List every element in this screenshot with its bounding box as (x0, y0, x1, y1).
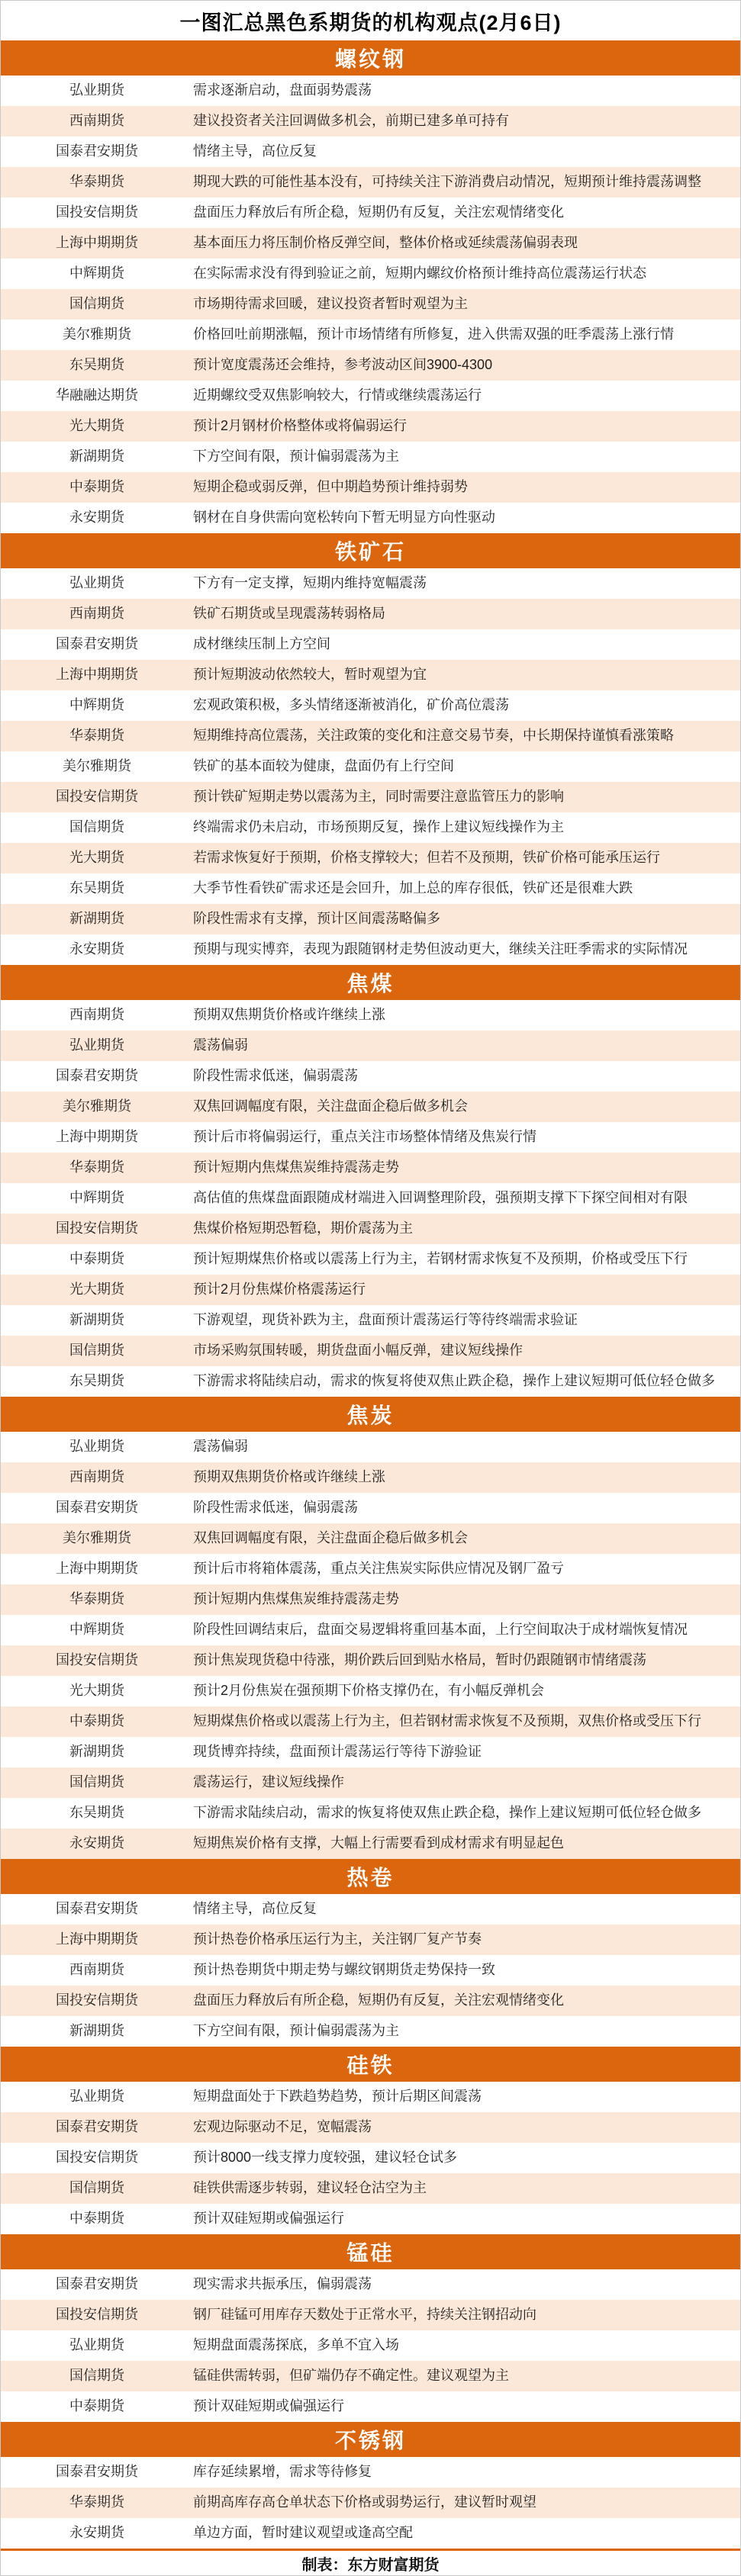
institution-name: 西南期货 (1, 606, 193, 622)
institution-name: 东吴期货 (1, 1373, 193, 1390)
table-row: 华泰期货 预计短期内焦煤焦炭维持震荡走势 (1, 1153, 740, 1183)
commodity-section: 焦炭 弘业期货 震荡偏弱 西南期货 预期双焦期货价格或许继续上涨 国泰君安期货 … (1, 1397, 740, 1859)
institution-name: 美尔雅期货 (1, 1530, 193, 1547)
section-rows: 弘业期货 震荡偏弱 西南期货 预期双焦期货价格或许继续上涨 国泰君安期货 阶段性… (1, 1432, 740, 1859)
table-row: 国泰君安期货 库存延续累增，需求等待修复 (1, 2457, 740, 2488)
institution-view: 宏观边际驱动不足，宽幅震荡 (193, 2119, 740, 2136)
institution-name: 国泰君安期货 (1, 2464, 193, 2481)
table-row: 上海中期期货 预计热卷价格承压运行为主，关注钢厂复产节奏 (1, 1925, 740, 1955)
table-row: 新湖期货 下游观望，现货补跌为主，盘面预计震荡运行等待终端需求验证 (1, 1305, 740, 1336)
institution-view: 铁矿的基本面较为健康，盘面仍有上行空间 (193, 758, 740, 775)
table-row: 国信期货 震荡运行，建议短线操作 (1, 1767, 740, 1798)
institution-name: 国泰君安期货 (1, 2276, 193, 2293)
institution-view: 钢材在自身供需向宽松转向下暂无明显方向性驱动 (193, 510, 740, 526)
table-row: 国泰君安期货 阶段性需求低迷，偏弱震荡 (1, 1493, 740, 1523)
institution-view: 短期盘面震荡探底，多单不宜入场 (193, 2337, 740, 2354)
institution-name: 中泰期货 (1, 1713, 193, 1730)
institution-view: 预计铁矿短期走势以震荡为主，同时需要注意监管压力的影响 (193, 789, 740, 806)
page-title: 一图汇总黑色系期货的机构观点(2月6日) (1, 1, 740, 40)
institution-view: 终端需求仍未启动，市场预期反复，操作上建议短线操作为主 (193, 819, 740, 836)
institution-view: 钢厂硅锰可用库存天数处于正常水平，持续关注钢招动向 (193, 2307, 740, 2324)
institution-view: 预计热卷期货中期走势与螺纹钢期货走势保持一致 (193, 1962, 740, 1979)
institution-name: 永安期货 (1, 2525, 193, 2542)
institution-view: 前期高库存高仓单状态下价格或弱势运行，建议暂时观望 (193, 2494, 740, 2511)
table-row: 国投安信期货 预计焦炭现货稳中待涨，期价跌后回到贴水格局，暂时仍跟随钢市情绪震荡 (1, 1645, 740, 1676)
institution-name: 华融融达期货 (1, 388, 193, 404)
institution-view: 预计2月份焦煤价格震荡运行 (193, 1282, 740, 1298)
institution-name: 中泰期货 (1, 479, 193, 496)
institution-name: 上海中期期货 (1, 1129, 193, 1146)
table-row: 中辉期货 在实际需求没有得到验证之前，短期内螺纹价格预计维持高位震荡运行状态 (1, 259, 740, 289)
table-row: 国泰君安期货 阶段性需求低迷，偏弱震荡 (1, 1061, 740, 1092)
table-row: 华泰期货 预计短期内焦煤焦炭维持震荡走势 (1, 1584, 740, 1615)
table-row: 东吴期货 预计宽度震荡还会维持，参考波动区间3900-4300 (1, 350, 740, 381)
table-row: 西南期货 预期双焦期货价格或许继续上涨 (1, 1000, 740, 1031)
institution-view: 需求逐渐启动，盘面弱势震荡 (193, 82, 740, 99)
table-row: 国信期货 锰硅供需转弱，但矿端仍存不确定性。建议观望为主 (1, 2361, 740, 2391)
institution-name: 美尔雅期货 (1, 326, 193, 343)
institution-view: 成材继续压制上方空间 (193, 636, 740, 653)
institution-view: 单边方面，暂时建议观望或逢高空配 (193, 2525, 740, 2542)
section-header: 热卷 (1, 1859, 740, 1894)
institution-name: 上海中期期货 (1, 667, 193, 683)
sections-container: 螺纹钢 弘业期货 需求逐渐启动，盘面弱势震荡 西南期货 建议投资者关注回调做多机… (1, 40, 740, 2549)
institution-name: 弘业期货 (1, 82, 193, 99)
table-row: 上海中期期货 基本面压力将压制价格反弹空间，整体价格或延续震荡偏弱表现 (1, 228, 740, 259)
table-row: 国投安信期货 盘面压力释放后有所企稳，短期仍有反复，关注宏观情绪变化 (1, 1986, 740, 2016)
institution-view: 下游需求将陆续启动，需求的恢复将使双焦止跌企稳，操作上建议短期可低位轻仓做多 (193, 1373, 740, 1390)
institution-name: 光大期货 (1, 418, 193, 435)
commodity-section: 螺纹钢 弘业期货 需求逐渐启动，盘面弱势震荡 西南期货 建议投资者关注回调做多机… (1, 40, 740, 533)
institution-view: 预计热卷价格承压运行为主，关注钢厂复产节奏 (193, 1931, 740, 1948)
institution-view: 现货博弈持续，盘面预计震荡运行等待下游验证 (193, 1744, 740, 1761)
section-header: 硅铁 (1, 2047, 740, 2082)
institution-name: 光大期货 (1, 1282, 193, 1298)
institution-view: 下方有一定支撑，短期内维持宽幅震荡 (193, 575, 740, 592)
institution-view: 震荡运行，建议短线操作 (193, 1774, 740, 1791)
institution-name: 国投安信期货 (1, 1652, 193, 1669)
institution-name: 中辉期货 (1, 697, 193, 714)
institution-view: 震荡偏弱 (193, 1037, 740, 1054)
institution-view: 宏观政策积极，多头情绪逐渐被消化，矿价高位震荡 (193, 697, 740, 714)
table-row: 中辉期货 宏观政策积极，多头情绪逐渐被消化，矿价高位震荡 (1, 690, 740, 721)
institution-view: 情绪主导，高位反复 (193, 143, 740, 160)
table-row: 国投安信期货 钢厂硅锰可用库存天数处于正常水平，持续关注钢招动向 (1, 2300, 740, 2330)
institution-view: 预计短期内焦煤焦炭维持震荡走势 (193, 1159, 740, 1176)
institution-view: 预计短期内焦煤焦炭维持震荡走势 (193, 1591, 740, 1608)
institution-view: 大季节性看铁矿需求还是会回升，加上总的库存很低，铁矿还是很难大跌 (193, 880, 740, 897)
table-row: 西南期货 建议投资者关注回调做多机会，前期已建多单可持有 (1, 106, 740, 137)
institution-view: 预期双焦期货价格或许继续上涨 (193, 1007, 740, 1024)
institution-view: 双焦回调幅度有限，关注盘面企稳后做多机会 (193, 1098, 740, 1115)
table-row: 光大期货 预计2月钢材价格整体或将偏弱运行 (1, 411, 740, 442)
table-row: 弘业期货 需求逐渐启动，盘面弱势震荡 (1, 76, 740, 106)
institution-view: 震荡偏弱 (193, 1439, 740, 1455)
section-header: 螺纹钢 (1, 40, 740, 76)
institution-view: 盘面压力释放后有所企稳，短期仍有反复，关注宏观情绪变化 (193, 204, 740, 221)
institution-name: 中辉期货 (1, 1190, 193, 1207)
table-row: 华泰期货 期现大跌的可能性基本没有，可持续关注下游消费启动情况，短期预计维持震荡… (1, 167, 740, 198)
commodity-section: 锰硅 国泰君安期货 现实需求共振承压，偏弱震荡 国投安信期货 钢厂硅锰可用库存天… (1, 2234, 740, 2422)
institution-view: 近期螺纹受双焦影响较大，行情或继续震荡运行 (193, 388, 740, 404)
section-rows: 国泰君安期货 库存延续累增，需求等待修复 华泰期货 前期高库存高仓单状态下价格或… (1, 2457, 740, 2549)
commodity-section: 硅铁 弘业期货 短期盘面处于下跌趋势趋势，预计后期区间震荡 国泰君安期货 宏观边… (1, 2047, 740, 2234)
table-row: 华泰期货 短期维持高位震荡，关注政策的变化和注意交易节奏，中长期保持谨慎看涨策略 (1, 721, 740, 751)
institution-view: 预期与现实博弈，表现为跟随钢材走势但波动更大，继续关注旺季需求的实际情况 (193, 941, 740, 958)
institution-view: 市场期待需求回暖，建议投资者暂时观望为主 (193, 296, 740, 313)
institution-view: 铁矿石期货或呈现震荡转弱格局 (193, 606, 740, 622)
section-rows: 国泰君安期货 现实需求共振承压，偏弱震荡 国投安信期货 钢厂硅锰可用库存天数处于… (1, 2269, 740, 2422)
commodity-section: 不锈钢 国泰君安期货 库存延续累增，需求等待修复 华泰期货 前期高库存高仓单状态… (1, 2422, 740, 2549)
institution-view: 预计后市将箱体震荡，重点关注焦炭实际供应情况及钢厂盈亏 (193, 1561, 740, 1577)
institution-view: 下游观望，现货补跌为主，盘面预计震荡运行等待终端需求验证 (193, 1312, 740, 1329)
institution-view: 建议投资者关注回调做多机会，前期已建多单可持有 (193, 113, 740, 130)
table-row: 国信期货 市场采购氛围转暖，期货盘面小幅反弹，建议短线操作 (1, 1336, 740, 1366)
institution-name: 国泰君安期货 (1, 2119, 193, 2136)
institution-view: 在实际需求没有得到验证之前，短期内螺纹价格预计维持高位震荡运行状态 (193, 265, 740, 282)
section-rows: 弘业期货 下方有一定支撑，短期内维持宽幅震荡 西南期货 铁矿石期货或呈现震荡转弱… (1, 568, 740, 965)
table-row: 弘业期货 震荡偏弱 (1, 1031, 740, 1061)
institution-name: 国信期货 (1, 1774, 193, 1791)
table-row: 中辉期货 阶段性回调结束后，盘面交易逻辑将重回基本面，上行空间取决于成材端恢复情… (1, 1615, 740, 1645)
institution-view: 预期双焦期货价格或许继续上涨 (193, 1469, 740, 1486)
institution-view: 短期企稳或弱反弹，但中期趋势预计维持弱势 (193, 479, 740, 496)
institution-name: 中泰期货 (1, 2211, 193, 2227)
institution-name: 国泰君安期货 (1, 636, 193, 653)
institution-name: 国投安信期货 (1, 1992, 193, 2009)
institution-view: 情绪主导，高位反复 (193, 1901, 740, 1918)
institution-name: 弘业期货 (1, 575, 193, 592)
institution-name: 弘业期货 (1, 2337, 193, 2354)
table-row: 华泰期货 前期高库存高仓单状态下价格或弱势运行，建议暂时观望 (1, 2488, 740, 2518)
institution-view: 双焦回调幅度有限，关注盘面企稳后做多机会 (193, 1530, 740, 1547)
table-row: 国信期货 终端需求仍未启动，市场预期反复，操作上建议短线操作为主 (1, 812, 740, 843)
institution-name: 中辉期货 (1, 1622, 193, 1639)
table-row: 东吴期货 下游需求陆续启动，需求的恢复将使双焦止跌企稳，操作上建议短期可低位轻仓… (1, 1798, 740, 1828)
institution-view: 硅铁供需逐步转弱，建议轻仓沽空为主 (193, 2180, 740, 2197)
institution-name: 西南期货 (1, 1962, 193, 1979)
institution-view: 阶段性需求低迷，偏弱震荡 (193, 1068, 740, 1085)
institution-view: 市场采购氛围转暖，期货盘面小幅反弹，建议短线操作 (193, 1343, 740, 1359)
institution-view: 下方空间有限，预计偏弱震荡为主 (193, 449, 740, 465)
institution-view: 库存延续累增，需求等待修复 (193, 2464, 740, 2481)
institution-view: 预计短期波动依然较大，暂时观望为宜 (193, 667, 740, 683)
table-row: 国投安信期货 预计铁矿短期走势以震荡为主，同时需要注意监管压力的影响 (1, 782, 740, 812)
table-row: 东吴期货 下游需求将陆续启动，需求的恢复将使双焦止跌企稳，操作上建议短期可低位轻… (1, 1366, 740, 1397)
institution-name: 华泰期货 (1, 2494, 193, 2511)
table-row: 西南期货 预期双焦期货价格或许继续上涨 (1, 1462, 740, 1493)
institution-name: 华泰期货 (1, 1159, 193, 1176)
footer: 制表：东方财富期货 (1, 2549, 740, 2575)
table-row: 弘业期货 短期盘面震荡探底，多单不宜入场 (1, 2330, 740, 2361)
table-row: 光大期货 预计2月份焦煤价格震荡运行 (1, 1275, 740, 1305)
institution-name: 国信期货 (1, 296, 193, 313)
institution-view: 期现大跌的可能性基本没有，可持续关注下游消费启动情况，短期预计维持震荡调整 (193, 174, 740, 191)
institution-name: 新湖期货 (1, 2023, 193, 2040)
institution-name: 国投安信期货 (1, 204, 193, 221)
table-row: 新湖期货 下方空间有限，预计偏弱震荡为主 (1, 2016, 740, 2047)
institution-name: 国信期货 (1, 2368, 193, 2385)
table-row: 国投安信期货 焦煤价格短期恐暂稳，期价震荡为主 (1, 1214, 740, 1244)
institution-view: 若需求恢复好于预期，价格支撑较大；但若不及预期，铁矿价格可能承压运行 (193, 850, 740, 867)
institution-name: 弘业期货 (1, 1037, 193, 1054)
table-row: 国信期货 硅铁供需逐步转弱，建议轻仓沽空为主 (1, 2173, 740, 2204)
section-header: 锰硅 (1, 2234, 740, 2269)
institution-name: 上海中期期货 (1, 1561, 193, 1577)
institution-view: 基本面压力将压制价格反弹空间，整体价格或延续震荡偏弱表现 (193, 235, 740, 252)
institution-name: 东吴期货 (1, 1805, 193, 1822)
institution-name: 永安期货 (1, 1835, 193, 1852)
institution-name: 东吴期货 (1, 880, 193, 897)
institution-name: 新湖期货 (1, 449, 193, 465)
institution-name: 华泰期货 (1, 728, 193, 744)
section-rows: 国泰君安期货 情绪主导，高位反复 上海中期期货 预计热卷价格承压运行为主，关注钢… (1, 1894, 740, 2047)
institution-view: 预计8000一线支撑力度较强，建议轻仓试多 (193, 2150, 740, 2166)
table-row: 国泰君安期货 现实需求共振承压，偏弱震荡 (1, 2269, 740, 2300)
institution-view: 短期维持高位震荡，关注政策的变化和注意交易节奏，中长期保持谨慎看涨策略 (193, 728, 740, 744)
report-page: 一图汇总黑色系期货的机构观点(2月6日) 螺纹钢 弘业期货 需求逐渐启动，盘面弱… (0, 0, 741, 2576)
table-row: 新湖期货 下方空间有限，预计偏弱震荡为主 (1, 442, 740, 472)
institution-name: 中泰期货 (1, 2398, 193, 2415)
commodity-section: 热卷 国泰君安期货 情绪主导，高位反复 上海中期期货 预计热卷价格承压运行为主，… (1, 1859, 740, 2047)
section-header: 不锈钢 (1, 2422, 740, 2457)
institution-name: 弘业期货 (1, 2089, 193, 2105)
table-row: 美尔雅期货 价格回吐前期涨幅，预计市场情绪有所修复，进入供需双强的旺季震荡上涨行… (1, 320, 740, 350)
institution-view: 焦煤价格短期恐暂稳，期价震荡为主 (193, 1220, 740, 1237)
institution-name: 国信期货 (1, 819, 193, 836)
institution-view: 阶段性需求有支撑，预计区间震荡略偏多 (193, 911, 740, 928)
institution-view: 盘面压力释放后有所企稳，短期仍有反复，关注宏观情绪变化 (193, 1992, 740, 2009)
institution-name: 弘业期货 (1, 1439, 193, 1455)
institution-name: 国信期货 (1, 1343, 193, 1359)
institution-name: 光大期货 (1, 850, 193, 867)
institution-name: 国泰君安期货 (1, 143, 193, 160)
table-row: 中泰期货 预计短期煤焦价格或以震荡上行为主，若钢材需求恢复不及预期，价格或受压下… (1, 1244, 740, 1275)
table-row: 华融融达期货 近期螺纹受双焦影响较大，行情或继续震荡运行 (1, 381, 740, 411)
institution-view: 阶段性回调结束后，盘面交易逻辑将重回基本面，上行空间取决于成材端恢复情况 (193, 1622, 740, 1639)
table-row: 弘业期货 下方有一定支撑，短期内维持宽幅震荡 (1, 568, 740, 599)
institution-view: 预计后市将偏弱运行，重点关注市场整体情绪及焦炭行情 (193, 1129, 740, 1146)
institution-name: 国泰君安期货 (1, 1068, 193, 1085)
table-row: 新湖期货 阶段性需求有支撑，预计区间震荡略偏多 (1, 904, 740, 934)
table-row: 弘业期货 震荡偏弱 (1, 1432, 740, 1462)
institution-name: 上海中期期货 (1, 235, 193, 252)
institution-name: 国投安信期货 (1, 2150, 193, 2166)
institution-name: 华泰期货 (1, 174, 193, 191)
institution-name: 永安期货 (1, 941, 193, 958)
institution-view: 预计焦炭现货稳中待涨，期价跌后回到贴水格局，暂时仍跟随钢市情绪震荡 (193, 1652, 740, 1669)
section-rows: 弘业期货 需求逐渐启动，盘面弱势震荡 西南期货 建议投资者关注回调做多机会，前期… (1, 76, 740, 533)
section-header: 焦煤 (1, 965, 740, 1000)
table-row: 国泰君安期货 宏观边际驱动不足，宽幅震荡 (1, 2112, 740, 2143)
institution-name: 光大期货 (1, 1683, 193, 1700)
commodity-section: 铁矿石 弘业期货 下方有一定支撑，短期内维持宽幅震荡 西南期货 铁矿石期货或呈现… (1, 533, 740, 965)
institution-view: 短期焦炭价格有支撑，大幅上行需要看到成材需求有明显起色 (193, 1835, 740, 1852)
table-row: 上海中期期货 预计短期波动依然较大，暂时观望为宜 (1, 660, 740, 690)
institution-name: 国投安信期货 (1, 1220, 193, 1237)
institution-view: 下方空间有限，预计偏弱震荡为主 (193, 2023, 740, 2040)
table-row: 国泰君安期货 情绪主导，高位反复 (1, 137, 740, 167)
table-row: 永安期货 预期与现实博弈，表现为跟随钢材走势但波动更大，继续关注旺季需求的实际情… (1, 934, 740, 965)
institution-view: 预计宽度震荡还会维持，参考波动区间3900-4300 (193, 357, 740, 374)
section-header: 铁矿石 (1, 533, 740, 568)
institution-name: 中辉期货 (1, 265, 193, 282)
institution-name: 国泰君安期货 (1, 1901, 193, 1918)
institution-name: 上海中期期货 (1, 1931, 193, 1948)
institution-name: 华泰期货 (1, 1591, 193, 1608)
institution-name: 新湖期货 (1, 1744, 193, 1761)
institution-name: 新湖期货 (1, 911, 193, 928)
institution-name: 国泰君安期货 (1, 1500, 193, 1516)
table-row: 西南期货 铁矿石期货或呈现震荡转弱格局 (1, 599, 740, 629)
institution-name: 美尔雅期货 (1, 758, 193, 775)
table-row: 上海中期期货 预计后市将偏弱运行，重点关注市场整体情绪及焦炭行情 (1, 1122, 740, 1153)
section-rows: 西南期货 预期双焦期货价格或许继续上涨 弘业期货 震荡偏弱 国泰君安期货 阶段性… (1, 1000, 740, 1397)
institution-view: 预计2月钢材价格整体或将偏弱运行 (193, 418, 740, 435)
table-row: 美尔雅期货 双焦回调幅度有限，关注盘面企稳后做多机会 (1, 1523, 740, 1554)
institution-name: 西南期货 (1, 113, 193, 130)
table-row: 光大期货 若需求恢复好于预期，价格支撑较大；但若不及预期，铁矿价格可能承压运行 (1, 843, 740, 873)
table-row: 美尔雅期货 双焦回调幅度有限，关注盘面企稳后做多机会 (1, 1092, 740, 1122)
institution-name: 国信期货 (1, 2180, 193, 2197)
institution-view: 预计双硅短期或偏强运行 (193, 2211, 740, 2227)
table-row: 永安期货 单边方面，暂时建议观望或逢高空配 (1, 2518, 740, 2549)
section-rows: 弘业期货 短期盘面处于下跌趋势趋势，预计后期区间震荡 国泰君安期货 宏观边际驱动… (1, 2082, 740, 2234)
institution-name: 美尔雅期货 (1, 1098, 193, 1115)
institution-view: 价格回吐前期涨幅，预计市场情绪有所修复，进入供需双强的旺季震荡上涨行情 (193, 326, 740, 343)
table-row: 中泰期货 预计双硅短期或偏强运行 (1, 2204, 740, 2234)
section-header: 焦炭 (1, 1397, 740, 1432)
institution-view: 短期煤焦价格或以震荡上行为主，但若钢材需求恢复不及预期，双焦价格或受压下行 (193, 1713, 740, 1730)
table-row: 国泰君安期货 情绪主导，高位反复 (1, 1894, 740, 1925)
institution-view: 预计2月份焦炭在强预期下价格支撑仍在，有小幅反弹机会 (193, 1683, 740, 1700)
table-row: 中辉期货 高估值的焦煤盘面跟随成材端进入回调整理阶段，强预期支撑下下探空间相对有… (1, 1183, 740, 1214)
table-row: 光大期货 预计2月份焦炭在强预期下价格支撑仍在，有小幅反弹机会 (1, 1676, 740, 1706)
institution-name: 东吴期货 (1, 357, 193, 374)
institution-view: 阶段性需求低迷，偏弱震荡 (193, 1500, 740, 1516)
table-row: 东吴期货 大季节性看铁矿需求还是会回升，加上总的库存很低，铁矿还是很难大跌 (1, 873, 740, 904)
institution-view: 锰硅供需转弱，但矿端仍存不确定性。建议观望为主 (193, 2368, 740, 2385)
table-row: 上海中期期货 预计后市将箱体震荡，重点关注焦炭实际供应情况及钢厂盈亏 (1, 1554, 740, 1584)
table-row: 国泰君安期货 成材继续压制上方空间 (1, 629, 740, 660)
commodity-section: 焦煤 西南期货 预期双焦期货价格或许继续上涨 弘业期货 震荡偏弱 国泰君安期货 … (1, 965, 740, 1397)
table-row: 中泰期货 预计双硅短期或偏强运行 (1, 2391, 740, 2422)
institution-name: 永安期货 (1, 510, 193, 526)
institution-view: 预计双硅短期或偏强运行 (193, 2398, 740, 2415)
institution-name: 新湖期货 (1, 1312, 193, 1329)
table-row: 美尔雅期货 铁矿的基本面较为健康，盘面仍有上行空间 (1, 751, 740, 782)
institution-name: 国投安信期货 (1, 789, 193, 806)
table-row: 中泰期货 短期企稳或弱反弹，但中期趋势预计维持弱势 (1, 472, 740, 503)
table-row: 国信期货 市场期待需求回暖，建议投资者暂时观望为主 (1, 289, 740, 320)
institution-name: 国投安信期货 (1, 2307, 193, 2324)
table-row: 国投安信期货 预计8000一线支撑力度较强，建议轻仓试多 (1, 2143, 740, 2173)
table-row: 永安期货 短期焦炭价格有支撑，大幅上行需要看到成材需求有明显起色 (1, 1828, 740, 1859)
table-row: 永安期货 钢材在自身供需向宽松转向下暂无明显方向性驱动 (1, 503, 740, 533)
institution-name: 西南期货 (1, 1469, 193, 1486)
institution-view: 短期盘面处于下跌趋势趋势，预计后期区间震荡 (193, 2089, 740, 2105)
footer-credit: 制表：东方财富期货 (302, 2552, 440, 2574)
table-row: 新湖期货 现货博弈持续，盘面预计震荡运行等待下游验证 (1, 1737, 740, 1767)
table-row: 西南期货 预计热卷期货中期走势与螺纹钢期货走势保持一致 (1, 1955, 740, 1986)
institution-view: 预计短期煤焦价格或以震荡上行为主，若钢材需求恢复不及预期，价格或受压下行 (193, 1251, 740, 1268)
table-row: 中泰期货 短期煤焦价格或以震荡上行为主，但若钢材需求恢复不及预期，双焦价格或受压… (1, 1706, 740, 1737)
institution-view: 高估值的焦煤盘面跟随成材端进入回调整理阶段，强预期支撑下下探空间相对有限 (193, 1190, 740, 1207)
institution-name: 西南期货 (1, 1007, 193, 1024)
table-row: 弘业期货 短期盘面处于下跌趋势趋势，预计后期区间震荡 (1, 2082, 740, 2112)
institution-name: 中泰期货 (1, 1251, 193, 1268)
table-row: 国投安信期货 盘面压力释放后有所企稳，短期仍有反复，关注宏观情绪变化 (1, 198, 740, 228)
institution-view: 现实需求共振承压，偏弱震荡 (193, 2276, 740, 2293)
institution-view: 下游需求陆续启动，需求的恢复将使双焦止跌企稳，操作上建议短期可低位轻仓做多 (193, 1805, 740, 1822)
